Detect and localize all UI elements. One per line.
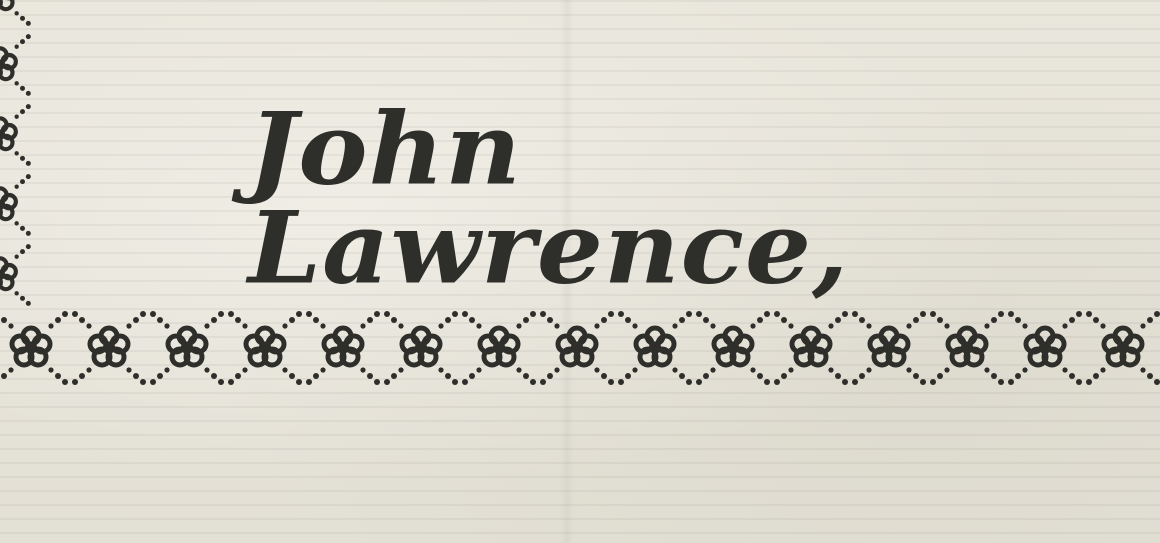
rosette-icon [694, 306, 772, 390]
rosette-icon [772, 306, 850, 390]
rosette-icon [304, 306, 382, 390]
rosette-icon [148, 306, 226, 390]
rosette-icon [0, 30, 42, 100]
rosette-icon [850, 306, 928, 390]
rosette-icon [1084, 306, 1160, 390]
rosette-icon [226, 306, 304, 390]
rosette-icon [616, 306, 694, 390]
rosette-icon [0, 0, 42, 30]
rosette-icon [0, 240, 42, 310]
rosette-icon [70, 306, 148, 390]
rosette-icon [0, 100, 42, 170]
printed-name-heading: John Lawrence, [248, 100, 1160, 298]
rosette-icon [0, 306, 70, 390]
rosette-icon [0, 170, 42, 240]
rosette-icon [928, 306, 1006, 390]
rosette-icon [538, 306, 616, 390]
rosette-icon [1006, 306, 1084, 390]
horizontal-ornamental-border [0, 306, 1160, 390]
rosette-icon [382, 306, 460, 390]
rosette-icon [460, 306, 538, 390]
left-ornamental-border [0, 0, 42, 310]
